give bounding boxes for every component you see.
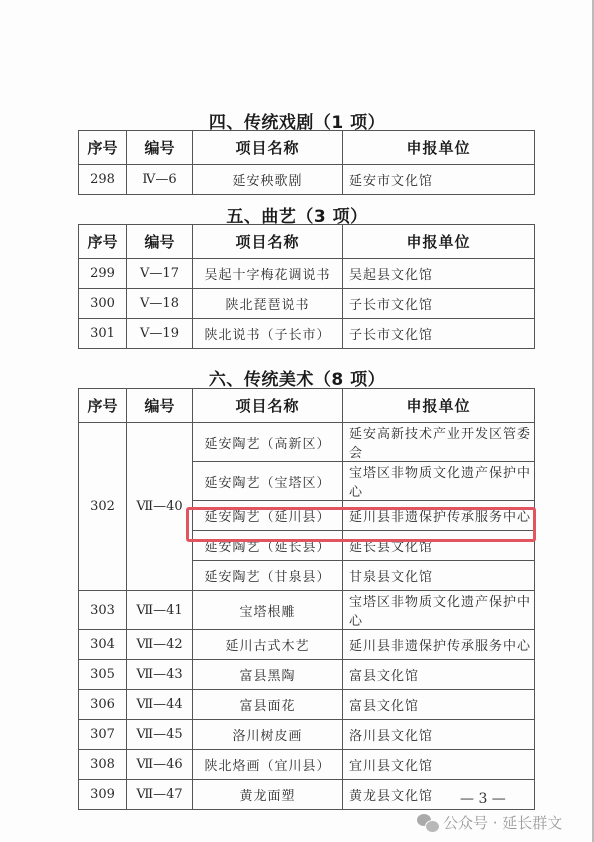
watermark: 公众号 · 延长群文: [417, 812, 562, 833]
cell-code: Ⅶ—44: [127, 690, 193, 720]
table-row: 301 Ⅴ—19 陕北说书（子长市） 子长市文化馆: [79, 319, 535, 349]
cell-code: Ⅳ—6: [127, 165, 193, 195]
header-serial: 序号: [79, 389, 127, 423]
cell-project-name: 洛川树皮画: [193, 720, 343, 750]
table-row: 308 Ⅶ—46 陕北烙画（宜川县） 宜川县文化馆: [79, 750, 535, 780]
cell-serial: 307: [79, 720, 127, 750]
header-code: 编号: [127, 131, 193, 165]
cell-project-name: 延安陶艺（高新区）: [193, 423, 343, 462]
header-serial: 序号: [79, 225, 127, 259]
cell-code: Ⅶ—41: [127, 591, 193, 630]
cell-project-name: 陕北烙画（宜川县）: [193, 750, 343, 780]
cell-applicant: 宝塔区非物质文化遗产保护中心: [343, 591, 535, 630]
table-row: 302 Ⅶ—40 延安陶艺（高新区） 延安高新技术产业开发区管委会: [79, 423, 535, 462]
table-row: 306 Ⅶ—44 富县面花 富县文化馆: [79, 690, 535, 720]
table-row: 307 Ⅶ—45 洛川树皮画 洛川县文化馆: [79, 720, 535, 750]
cell-code: Ⅴ—18: [127, 289, 193, 319]
cell-project-name: 延安陶艺（宝塔区）: [193, 462, 343, 501]
cell-applicant: 延安高新技术产业开发区管委会: [343, 423, 535, 462]
cell-serial: 305: [79, 660, 127, 690]
cell-code: Ⅶ—45: [127, 720, 193, 750]
cell-code: Ⅶ—40: [127, 423, 193, 591]
section-title-traditional-art: 六、传统美术（8 项）: [0, 365, 594, 390]
cell-serial: 309: [79, 780, 127, 810]
table-row: 304 Ⅶ—42 延川古式木艺 延川县非遗保护传承服务中心: [79, 630, 535, 660]
header-code: 编号: [127, 389, 193, 423]
header-applicant: 申报单位: [343, 131, 535, 165]
cell-applicant: 子长市文化馆: [343, 319, 535, 349]
highlight-box: [186, 507, 536, 542]
cell-code: Ⅴ—17: [127, 259, 193, 289]
wechat-icon: [417, 814, 439, 832]
cell-project-name: 陕北琵琶说书: [193, 289, 343, 319]
cell-project-name: 富县黑陶: [193, 660, 343, 690]
header-project-name: 项目名称: [193, 225, 343, 259]
cell-code: Ⅶ—47: [127, 780, 193, 810]
table-header-row: 序号 编号 项目名称 申报单位: [79, 389, 535, 423]
table-row: 303 Ⅶ—41 宝塔根雕 宝塔区非物质文化遗产保护中心: [79, 591, 535, 630]
cell-project-name: 陕北说书（子长市）: [193, 319, 343, 349]
cell-applicant: 子长市文化馆: [343, 289, 535, 319]
cell-project-name: 富县面花: [193, 690, 343, 720]
cell-serial: 300: [79, 289, 127, 319]
cell-code: Ⅴ—19: [127, 319, 193, 349]
cell-code: Ⅶ—43: [127, 660, 193, 690]
header-applicant: 申报单位: [343, 389, 535, 423]
cell-applicant: 富县文化馆: [343, 690, 535, 720]
cell-serial: 304: [79, 630, 127, 660]
cell-applicant: 吴起县文化馆: [343, 259, 535, 289]
table-row: 298 Ⅳ—6 延安秧歌剧 延安市文化馆: [79, 165, 535, 195]
cell-project-name: 黄龙面塑: [193, 780, 343, 810]
table-row: 305 Ⅶ—43 富县黑陶 富县文化馆: [79, 660, 535, 690]
cell-serial: 308: [79, 750, 127, 780]
cell-serial: 306: [79, 690, 127, 720]
cell-project-name: 吴起十字梅花调说书: [193, 259, 343, 289]
cell-applicant: 宝塔区非物质文化遗产保护中心: [343, 462, 535, 501]
header-applicant: 申报单位: [343, 225, 535, 259]
header-project-name: 项目名称: [193, 389, 343, 423]
cell-applicant: 宜川县文化馆: [343, 750, 535, 780]
cell-serial: 302: [79, 423, 127, 591]
cell-applicant: 延安市文化馆: [343, 165, 535, 195]
cell-project-name: 宝塔根雕: [193, 591, 343, 630]
cell-code: Ⅶ—42: [127, 630, 193, 660]
table-row: 299 Ⅴ—17 吴起十字梅花调说书 吴起县文化馆: [79, 259, 535, 289]
table-traditional-drama: 序号 编号 项目名称 申报单位 298 Ⅳ—6 延安秧歌剧 延安市文化馆: [78, 130, 535, 195]
cell-serial: 303: [79, 591, 127, 630]
header-serial: 序号: [79, 131, 127, 165]
cell-applicant: 甘泉县文化馆: [343, 561, 535, 591]
header-project-name: 项目名称: [193, 131, 343, 165]
header-code: 编号: [127, 225, 193, 259]
cell-project-name: 延安陶艺（甘泉县）: [193, 561, 343, 591]
watermark-text: 公众号 · 延长群文: [443, 812, 562, 833]
cell-serial: 299: [79, 259, 127, 289]
cell-serial: 301: [79, 319, 127, 349]
cell-applicant: 富县文化馆: [343, 660, 535, 690]
table-row: 300 Ⅴ—18 陕北琵琶说书 子长市文化馆: [79, 289, 535, 319]
page-number: — 3 —: [460, 791, 506, 807]
cell-code: Ⅶ—46: [127, 750, 193, 780]
cell-applicant: 延川县非遗保护传承服务中心: [343, 630, 535, 660]
cell-project-name: 延安秧歌剧: [193, 165, 343, 195]
cell-serial: 298: [79, 165, 127, 195]
table-traditional-art: 序号 编号 项目名称 申报单位 302 Ⅶ—40 延安陶艺（高新区） 延安高新技…: [78, 388, 535, 810]
table-header-row: 序号 编号 项目名称 申报单位: [79, 131, 535, 165]
cell-applicant: 洛川县文化馆: [343, 720, 535, 750]
table-header-row: 序号 编号 项目名称 申报单位: [79, 225, 535, 259]
table-quyi: 序号 编号 项目名称 申报单位 299 Ⅴ—17 吴起十字梅花调说书 吴起县文化…: [78, 224, 535, 349]
cell-project-name: 延川古式木艺: [193, 630, 343, 660]
